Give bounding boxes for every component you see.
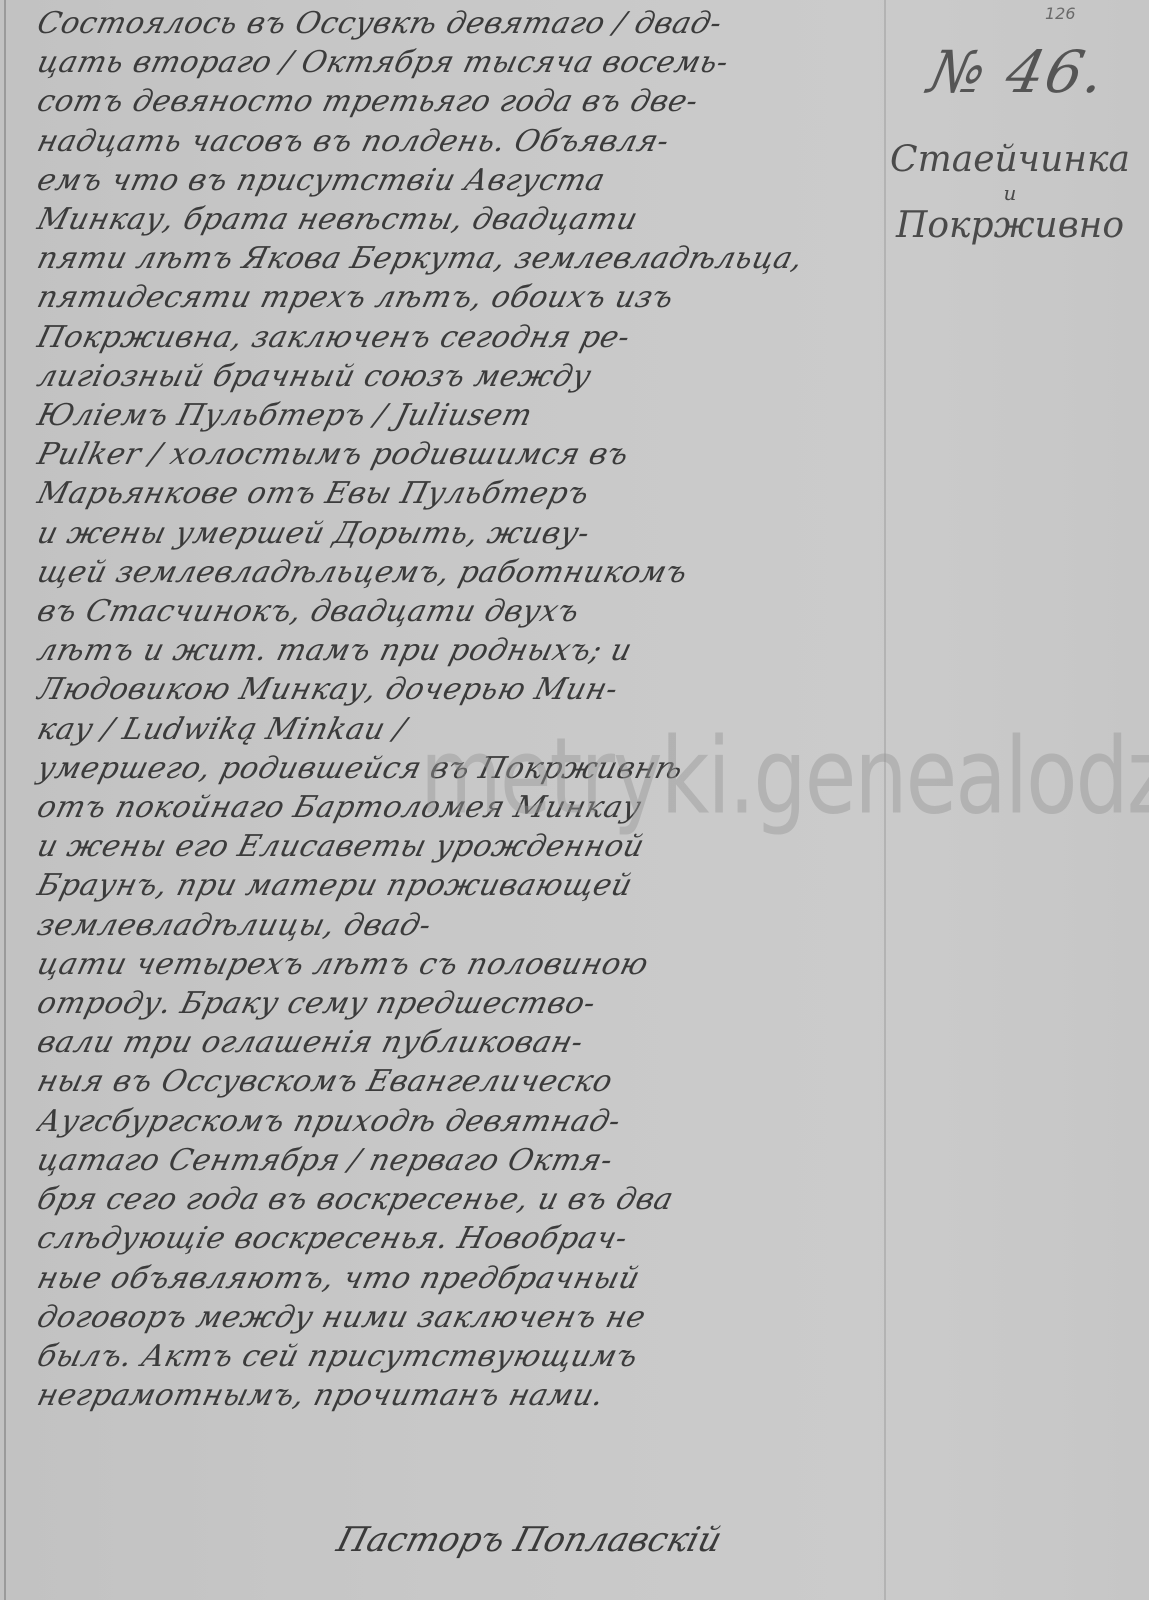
record-line: былъ. Актъ сей присутствующимъ	[33, 1337, 885, 1376]
folio-number: 126	[1045, 4, 1076, 23]
record-line: и жены его Елисаветы урожденной	[33, 827, 885, 866]
record-line: Pulker / холостымъ родившимся въ	[33, 435, 885, 474]
record-line: слѣдующіе воскресенья. Новобрач-	[33, 1219, 885, 1258]
record-line: цать втораго / Октября тысяча восемь-	[33, 43, 885, 82]
act-number: № 46.	[923, 38, 1113, 106]
register-page: 126 № 46. Стаейчинка и Покрживно Состоял…	[0, 0, 1149, 1600]
left-ruling-line	[4, 0, 6, 1600]
record-line: Марьянкове отъ Евы Пульбтеръ	[33, 474, 885, 513]
record-line: Людовикою Минкау, дочерью Мин-	[33, 670, 885, 709]
record-line: ные объявляютъ, что предбрачный	[33, 1259, 885, 1298]
record-line: сотъ девяносто третьяго года въ две-	[33, 82, 885, 121]
record-line: вали три оглашенія публикован-	[33, 1023, 885, 1062]
record-line: бря сего года въ воскресенье, и въ два	[33, 1180, 885, 1219]
record-line: и жены умершей Дорыть, живу-	[33, 514, 885, 553]
record-line: пяти лѣтъ Якова Беркута, землевладѣльца,	[33, 239, 885, 278]
pastor-signature: Пасторъ Поплавскій	[333, 1520, 726, 1560]
record-line: Аугсбургскомъ приходѣ девятнад-	[33, 1102, 885, 1141]
record-line: пятидесяти трехъ лѣтъ, обоихъ изъ	[33, 278, 885, 317]
record-line: договоръ между ними заключенъ не	[33, 1298, 885, 1337]
record-line: емъ что въ присутствіи Августа	[33, 161, 885, 200]
record-body: Состоялось въ Оссувкѣ девятаго / двад- ц…	[38, 4, 880, 1415]
record-line: ныя въ Оссувскомъ Евангелическо	[33, 1062, 885, 1101]
record-line: Юліемъ Пульбтеръ / Juliusem	[33, 396, 885, 435]
record-line: въ Стасчинокъ, двадцати двухъ	[33, 592, 885, 631]
record-line: отъ покойнаго Бартоломея Минкау	[33, 788, 885, 827]
record-line: умершего, родившейся въ Покрживнѣ	[33, 749, 885, 788]
record-line: цатаго Сентября / перваго Октя-	[33, 1141, 885, 1180]
record-line: кау / Ludwiką Minkau /	[33, 710, 885, 749]
record-line: лѣтъ и жит. тамъ при родныхъ; и	[33, 631, 885, 670]
record-line: лигіозный брачный союзъ между	[33, 357, 885, 396]
record-line: землевладѣлицы, двад-	[33, 906, 885, 945]
record-line: Состоялось въ Оссувкѣ девятаго / двад-	[33, 4, 885, 43]
margin-annotation: Стаейчинка и Покрживно	[885, 138, 1135, 248]
record-line: Покрживна, заключенъ сегодня ре-	[33, 318, 885, 357]
margin-surname-1: Стаейчинка	[885, 138, 1135, 182]
margin-surname-2: Покрживно	[885, 204, 1135, 248]
record-line: надцать часовъ въ полдень. Объявля-	[33, 122, 885, 161]
record-line: отроду. Браку сему предшество-	[33, 984, 885, 1023]
record-line: Браунъ, при матери проживающей	[33, 866, 885, 905]
record-line: щей землевладѣльцемъ, работникомъ	[33, 553, 885, 592]
record-line: неграмотнымъ, прочитанъ нами.	[33, 1376, 885, 1415]
margin-conjunction: и	[885, 182, 1135, 204]
record-line: Минкау, брата невѣсты, двадцати	[33, 200, 885, 239]
record-line: цати четырехъ лѣтъ съ половиною	[33, 945, 885, 984]
